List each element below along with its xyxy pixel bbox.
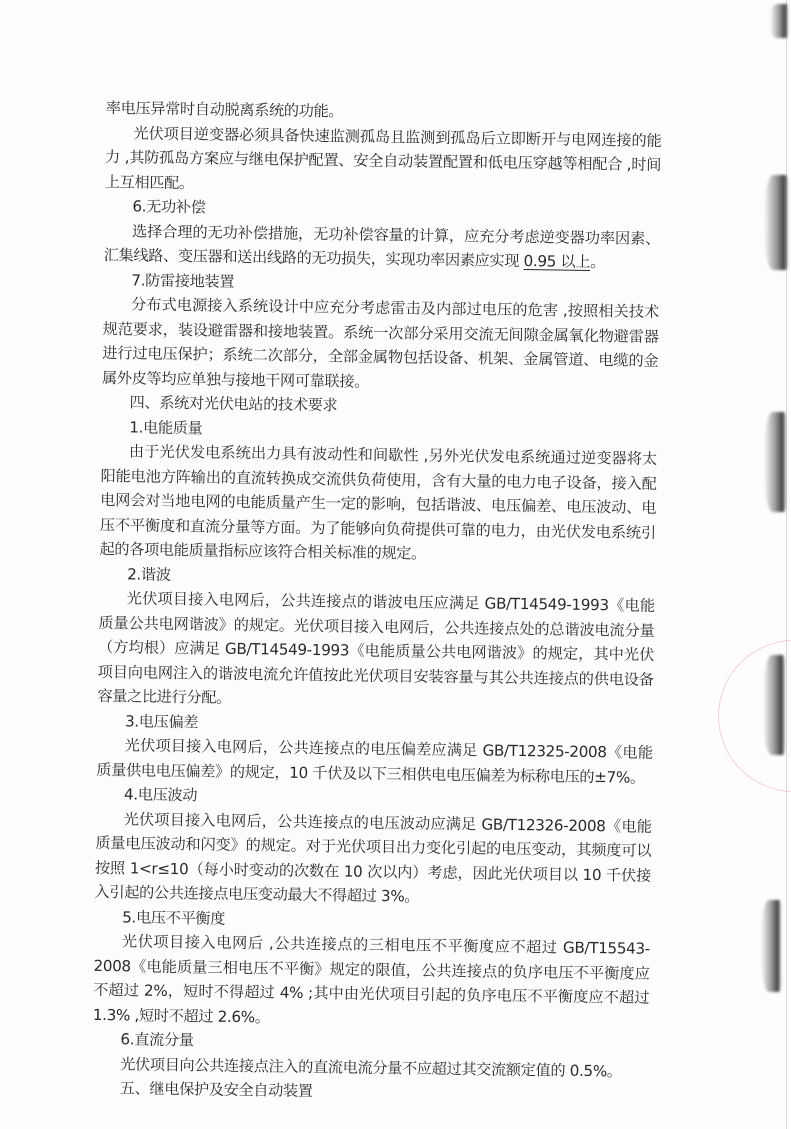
paragraph-reactive-compensation: 选择合理的无功补偿措施，无功补偿容量的计算，应充分考虑逆变器功率因素、汇集线路、… bbox=[104, 218, 661, 275]
paragraph-voltage-deviation: 光伏项目接入电网后，公共连接点的电压偏差应满足 GB/T12325-2008《电… bbox=[96, 733, 653, 790]
paragraph-text-end: 。 bbox=[590, 253, 605, 271]
paragraph-power-quality: 由于光伏发电系统出力具有波动性和间歇性 ,另外光伏发电系统通过逆变器将太阳能电池… bbox=[99, 439, 657, 569]
scan-mark bbox=[764, 175, 788, 270]
paragraph-voltage-unbalance: 光伏项目接入电网后 ,公共连接点的三相电压不平衡度应不超过 GB/T15543-… bbox=[93, 929, 650, 1035]
faint-seal-stamp bbox=[718, 640, 791, 792]
paragraph-lightning-grounding: 分布式电源接入系统设计中应充分考虑雷击及内部过电压的危害 ,按照相关技术规范要求… bbox=[102, 292, 659, 398]
paragraph-anti-islanding: 光伏项目逆变器必须具备快速监测孤岛且监测到孤岛后立即断开与电网连接的能力 ,其防… bbox=[105, 120, 662, 201]
scan-mark bbox=[770, 4, 788, 38]
paragraph-voltage-fluctuation: 光伏项目接入电网后，公共连接点的电压波动应满足 GB/T12326-2008《电… bbox=[94, 806, 651, 912]
scan-mark bbox=[764, 412, 786, 512]
scanned-page: 率电压异常时自动脱离系统的功能。 光伏项目逆变器必须具备快速监测孤岛且监测到孤岛… bbox=[0, 0, 791, 1129]
underlined-power-factor: 0.95 以上 bbox=[523, 252, 590, 271]
paragraph-harmonics: 光伏项目接入电网后，公共连接点的谐波电压应满足 GB/T14549-1993《电… bbox=[97, 586, 655, 716]
page-edge-line bbox=[786, 0, 787, 1129]
document-body: 率电压异常时自动脱离系统的功能。 光伏项目逆变器必须具备快速监测孤岛且监测到孤岛… bbox=[92, 96, 662, 1108]
scan-mark bbox=[761, 900, 781, 992]
